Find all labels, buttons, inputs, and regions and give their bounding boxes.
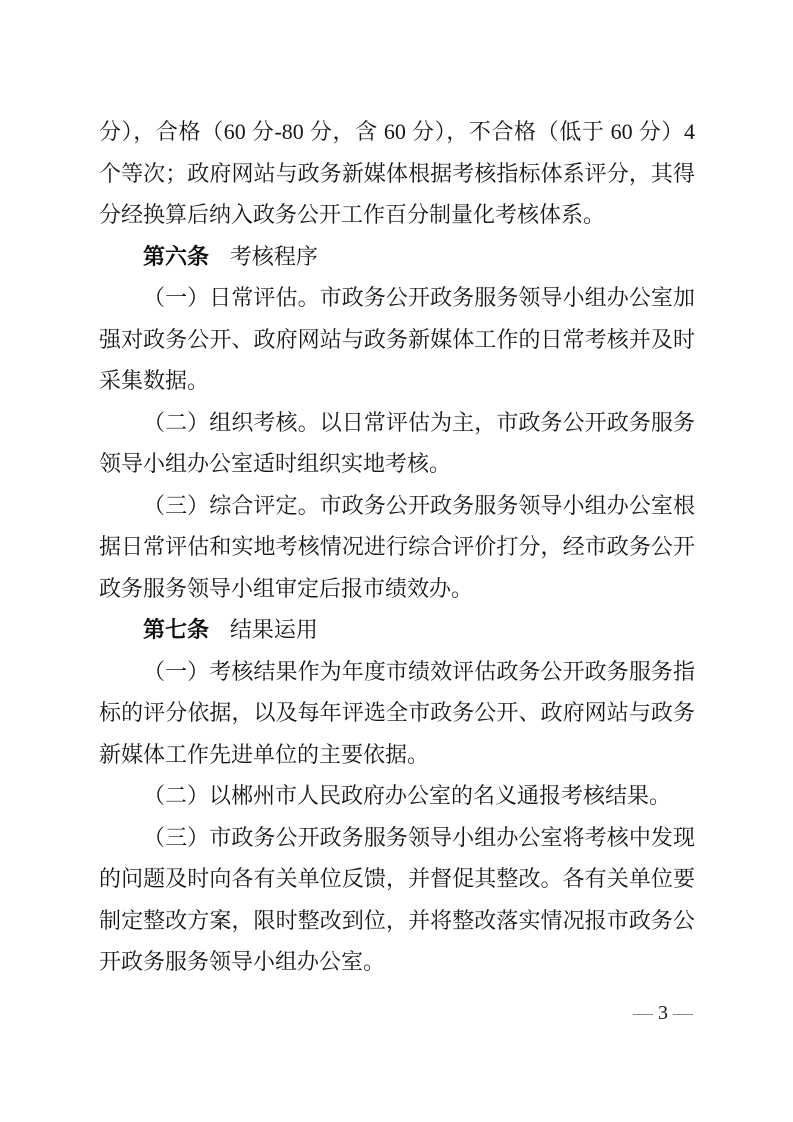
page-number-right-dash: — xyxy=(668,1002,698,1024)
article-heading: 第六条 考核程序 xyxy=(99,236,695,278)
document-body: 分），合格（60 分-80 分，含 60 分），不合格（低于 60 分）4 个等… xyxy=(99,111,695,983)
body-paragraph: （一）考核结果作为年度市绩效评估政务公开政务服务指标的评分依据，以及每年评选全市… xyxy=(99,651,695,776)
document-page: 分），合格（60 分-80 分，含 60 分），不合格（低于 60 分）4 个等… xyxy=(0,0,793,1122)
body-paragraph: （一）日常评估。市政务公开政务服务领导小组办公室加强对政务公开、政府网站与政务新… xyxy=(99,277,695,402)
article-heading: 第七条 结果运用 xyxy=(99,609,695,651)
page-number: —3— xyxy=(628,1001,698,1025)
article-title: 结果运用 xyxy=(230,617,318,642)
body-paragraph: （二）以郴州市人民政府办公室的名义通报考核结果。 xyxy=(99,775,695,817)
article-title: 考核程序 xyxy=(230,244,318,269)
body-paragraph: （三）市政务公开政务服务领导小组办公室将考核中发现的问题及时向各有关单位反馈，并… xyxy=(99,817,695,983)
page-number-left-dash: — xyxy=(628,1002,658,1024)
article-number: 第七条 xyxy=(143,617,209,642)
body-paragraph: （三）综合评定。市政务公开政务服务领导小组办公室根据日常评估和实地考核情况进行综… xyxy=(99,485,695,610)
page-number-value: 3 xyxy=(658,1002,668,1024)
body-paragraph: 分），合格（60 分-80 分，含 60 分），不合格（低于 60 分）4 个等… xyxy=(99,111,695,236)
article-number: 第六条 xyxy=(143,244,209,269)
body-paragraph: （二）组织考核。以日常评估为主，市政务公开政务服务领导小组办公室适时组织实地考核… xyxy=(99,402,695,485)
